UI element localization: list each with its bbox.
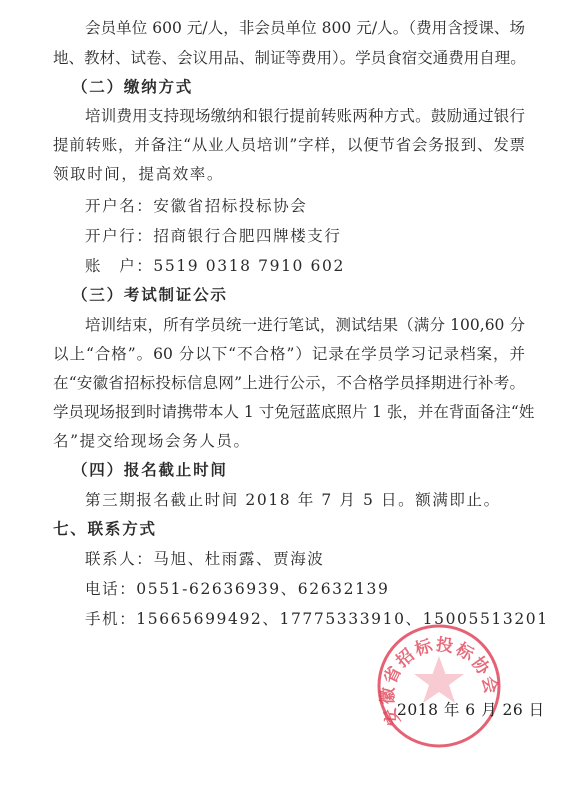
payment-para-line-2: 提前转账，并备注“从业人员培训”字样，以便节省会务报到、发票 bbox=[53, 135, 525, 155]
contact-phone: 电话：0551-62636939、62632139 bbox=[85, 579, 565, 599]
deadline-text: 第三期报名截止时间 2018 年 7 月 5 日。额满即止。 bbox=[85, 490, 565, 510]
exam-line-4: 学员现场报到时请携带本人 1 寸免冠蓝底照片 1 张，并在背面备注“姓 bbox=[53, 402, 525, 422]
exam-line-3: 在“安徽省招标投标信息网”上进行公示，不合格学员择期进行补考。 bbox=[53, 373, 525, 393]
exam-line-2: 以上“合格”。60 分以下“不合格”）记录在学员学习记录档案，并 bbox=[53, 344, 525, 364]
account-number: 账 户：5519 0318 7910 602 bbox=[85, 256, 565, 276]
deadline-heading: （四）报名截止时间 bbox=[72, 460, 552, 480]
bank-name: 开户行：招商银行合肥四牌楼支行 bbox=[85, 226, 565, 246]
exam-line-1: 培训结束，所有学员统一进行笔试，测试结果（满分 100,60 分 bbox=[85, 315, 525, 335]
payment-para-line-1: 培训费用支持现场缴纳和银行提前转账两种方式。鼓励通过银行 bbox=[85, 106, 525, 126]
fees-line-1: 会员单位 600 元/人，非会员单位 800 元/人。（费用含授课、场 bbox=[85, 18, 525, 38]
exam-line-5: 名”提交给现场会务人员。 bbox=[53, 431, 533, 451]
document-date: 2018 年 6 月 26 日 bbox=[397, 700, 545, 720]
exam-heading: （三）考试制证公示 bbox=[72, 285, 552, 305]
fees-line-2: 地、教材、试卷、会议用品、制证等费用）。学员食宿交通费用自理。 bbox=[53, 48, 525, 68]
payment-para-line-3: 领取时间，提高效率。 bbox=[53, 164, 533, 184]
contact-persons: 联系人：马旭、杜雨露、贾海波 bbox=[85, 549, 565, 569]
official-seal-stamp: 安徽省招标投标协会 bbox=[375, 622, 503, 750]
account-name: 开户名：安徽省招标投标协会 bbox=[85, 196, 565, 216]
seal-star-icon bbox=[414, 656, 464, 703]
document-page: 会员单位 600 元/人，非会员单位 800 元/人。（费用含授课、场 地、教材… bbox=[0, 0, 565, 800]
payment-heading: （二）缴纳方式 bbox=[72, 77, 552, 97]
contact-heading: 七、联系方式 bbox=[53, 519, 533, 539]
